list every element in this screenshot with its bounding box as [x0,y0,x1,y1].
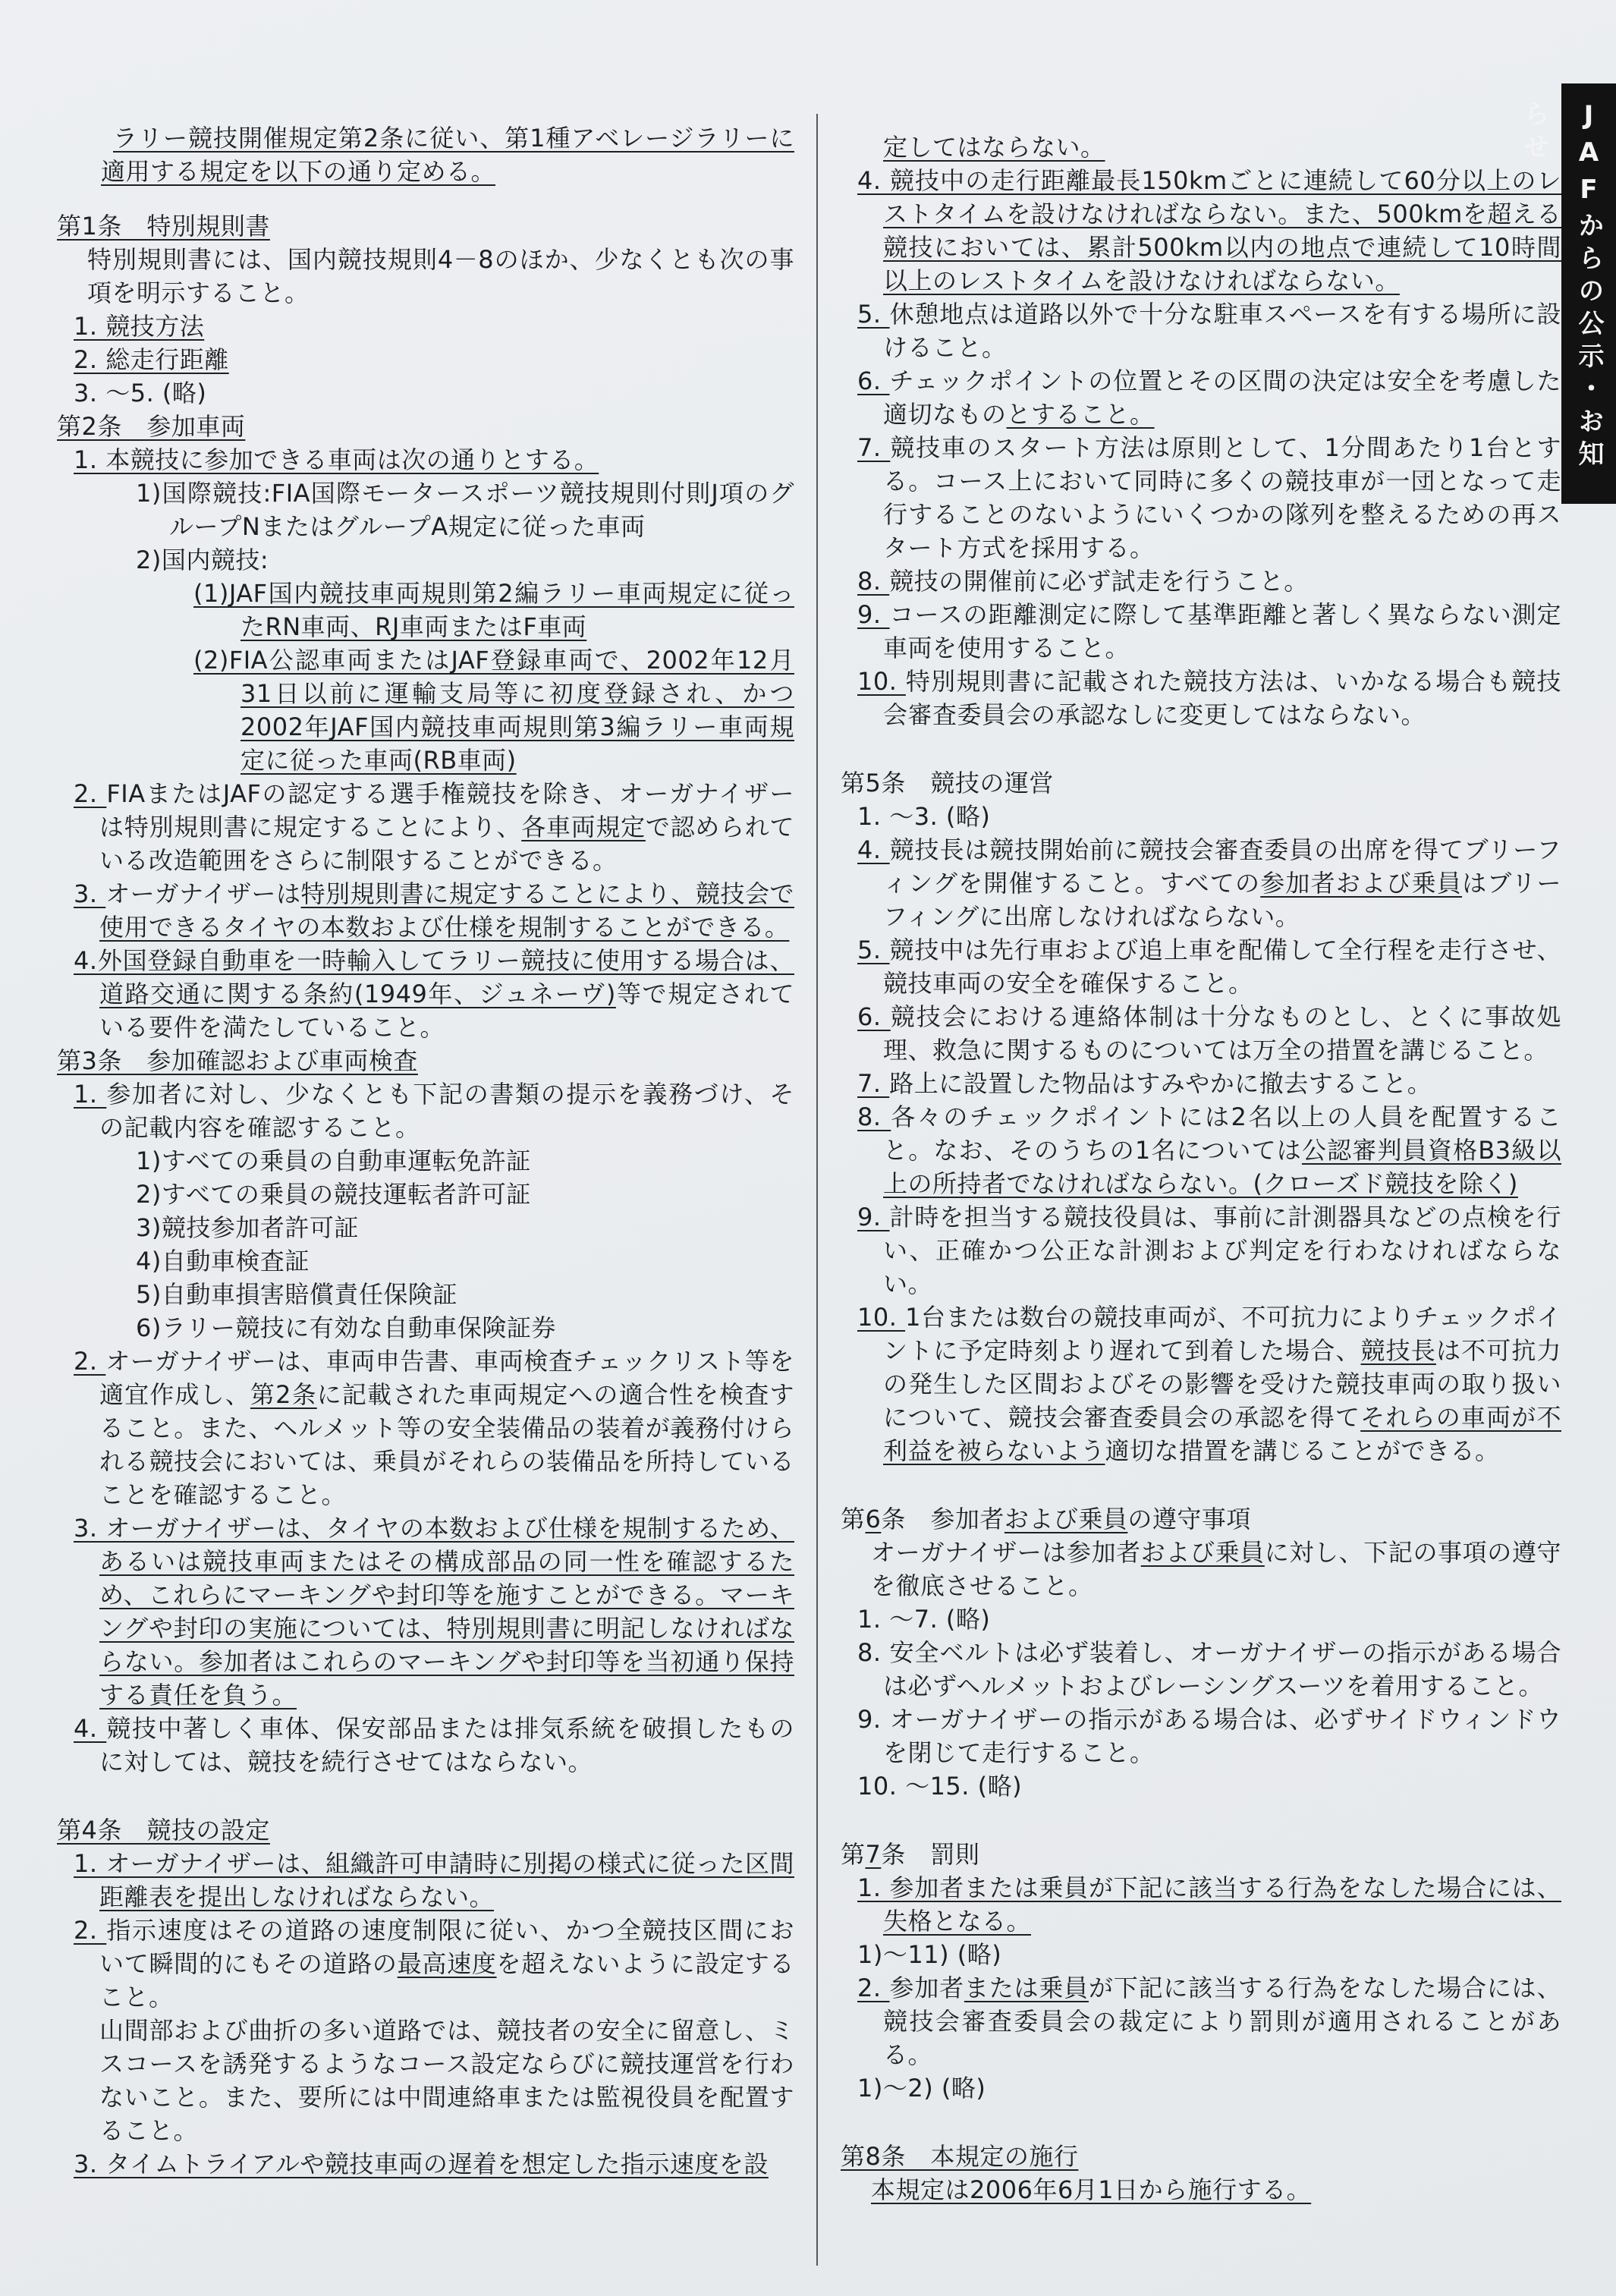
underlined-text: 3. タイムトライアルや競技車両の遅着を想定した指示速度を設 [74,2150,769,2178]
list-item: 1)～2) (略) [883,2071,1561,2105]
article-7-heading: 第7条 罰則 [841,1838,1561,1871]
list-item: 6)ラリー競技に有効な自動車保険証券 [169,1311,794,1345]
text-segment: 1. ～7. (略) [857,1605,990,1634]
underlined-text: 第8条 本規定の施行 [841,2142,1078,2171]
list-item: 1. 参加者または乗員が下記に該当する行為をなした場合には、失格となる。 [883,1871,1561,1938]
underlined-text: 4. [857,835,890,864]
underlined-text: 9. [857,1203,890,1231]
list-item: 5. 競技中は先行車および追上車を配備して全行程を走行させ、競技車両の安全を確保… [883,933,1561,1000]
list-item: 3. オーガナイザーは特別規則書に規定することにより、競技会で使用できるタイヤの… [99,877,794,944]
list-item: 3)競技参加者許可証 [169,1211,794,1244]
text-segment: の遵守事項 [1127,1505,1251,1533]
underlined-text: 本規定は2006年6月1日から施行する。 [871,2175,1311,2204]
article-3-heading: 第3条 参加確認および車両検査 [57,1044,794,1077]
underlined-text: 6. [857,1002,891,1031]
text-segment: 1)国際競技:FIA国際モータースポーツ競技規則付則J項のグループNまたはグルー… [136,479,794,541]
text-segment: 6)ラリー競技に有効な自動車保険証券 [136,1313,556,1342]
text-segment: オーガナイザーは [105,879,300,908]
text-segment: 2)すべての乗員の競技運転者許可証 [136,1180,531,1209]
text-segment: 5)自動車損害賠償責任保険証 [136,1280,457,1309]
list-item: 2. 参加者または乗員が下記に該当する行為をなした場合には、競技会審査委員会の裁… [883,1971,1561,2071]
article-4-heading: 第4条 競技の設定 [57,1813,794,1847]
list-item: 2. FIAまたはJAFの認定する選手権競技を除き、オーガナイザーは特別規則書に… [99,777,794,877]
underlined-text: とすること。 [1007,400,1155,429]
paragraph: 山間部および曲折の多い道路では、競技者の安全に留意し、ミスコースを誘発するような… [99,2014,794,2147]
underlined-text: ラリー競技開催規定第2条に従い、第1種アベレージラリーに適用する規定を以下の通り… [101,124,794,186]
text-segment: 8. 安全ベルトは必ず装着し、オーガナイザーの指示がある場合は必ずヘルメットおよ… [857,1638,1561,1700]
underlined-text: 第3条 参加確認および車両検査 [57,1046,418,1075]
right-column: 定してはならない。4. 競技中の走行距離最長150kmごとに連続して60分以上の… [841,131,1561,2206]
list-item: 10. 特別規則書に記載された競技方法は、いかなる場合も競技会審査委員会の承認な… [883,665,1561,731]
underlined-text: 2. 総走行距離 [74,345,229,374]
text-segment: 1)～11) (略) [857,1940,1001,1969]
text-segment: 条 参加者 [881,1505,1004,1533]
spacer [841,731,1561,766]
underlined-text: 7 [866,1840,882,1869]
paragraph: 特別規則書には、国内競技規則4－8のほか、少なくとも次の事項を明示すること。 [87,243,794,310]
list-item: 1)すべての乗員の自動車運転免許証 [169,1144,794,1178]
underlined-text: 定してはならない。 [883,133,1105,162]
list-item: 7. 路上に設置した物品はすみやかに撤去すること。 [883,1067,1561,1100]
list-item: 10. ～15. (略) [883,1769,1561,1803]
text-segment: 適切な措置を講じることができる。 [1105,1436,1500,1465]
section-banner: JAFからの公示・お知らせ [1561,83,1616,504]
underlined-text: 2. [74,1347,105,1376]
list-item: 3. ～5. (略) [99,376,794,410]
list-item: 1. 本競技に参加できる車両は次の通りとする。 [99,443,794,476]
underlined-text: および乗員 [1141,1538,1265,1567]
underlined-text: 第2条 [250,1380,317,1409]
list-item: 10. 1台または数台の競技車両が、不可抗力によりチェックポイントに予定時刻より… [883,1301,1561,1467]
text-segment: 山間部および曲折の多い道路では、競技者の安全に留意し、ミスコースを誘発するような… [99,2016,794,2145]
underlined-text: 最高速度 [398,1949,497,1978]
spacer [57,1779,794,1813]
text-segment: 第 [841,1840,866,1869]
list-item: (2)FIA公認車両またはJAF登録車両で、2002年12月31日以前に運輸支局… [241,643,794,777]
text-segment: 休憩地点は道路以外で十分な駐車スペースを有する場所に設けること。 [883,300,1561,362]
underlined-text: 第1条 特別規則書 [57,212,270,241]
text-segment: 4)自動車検査証 [136,1247,310,1275]
list-item: 2. 指示速度はその道路の速度制限に従い、かつ全競技区間において瞬間的にもその道… [99,1914,794,2014]
list-item: 6. チェックポイントの位置とその区間の決定は安全を考慮した適切なものとすること… [883,364,1561,431]
text-segment: 第5条 競技の運営 [841,769,1054,797]
underlined-text: 1. オーガナイザーは、組織許可申請時に別掲の様式に従った区間距離表を提出しなけ… [74,1849,794,1911]
text-segment: 参加者 [890,1974,964,2002]
underlined-text: 1. [74,1080,106,1109]
underlined-text: 10. [857,667,906,696]
document-page: JAFからの公示・お知らせ ラリー競技開催規定第2条に従い、第1種アベレージラリ… [0,0,1616,2296]
paragraph: 本規定は2006年6月1日から施行する。 [871,2173,1561,2206]
text-segment: 競技の開催前に必ず試走を行うこと。 [889,567,1309,596]
spacer [841,1467,1561,1502]
list-item: 1)～11) (略) [883,1938,1561,1971]
underlined-text: 参加者および乗員 [1260,869,1462,898]
list-item: 1. 競技方法 [99,310,794,343]
text-segment: 第 [841,1505,866,1533]
list-item: 1)国際競技:FIA国際モータースポーツ競技規則付則J項のグループNまたはグルー… [169,476,794,543]
underlined-text: (1)JAF国内競技車両規則第2編ラリー車両規定に従ったRN車両、RJ車両または… [193,579,794,641]
text-segment: 10. ～15. (略) [857,1772,1022,1801]
article-2-heading: 第2条 参加車両 [57,410,794,443]
text-segment: 参加者に対し、少なくとも下記の書類の提示を義務づけ、その記載内容を確認すること。 [99,1080,794,1142]
underlined-text: 2. [74,779,106,808]
text-segment: 計時を担当する競技役員は、事前に計測器具などの点検を行い、正確かつ公正な計測およ… [883,1203,1561,1298]
underlined-text: または乗員 [964,1974,1089,2002]
text-segment: 1. ～3. (略) [857,802,990,831]
left-column: ラリー競技開催規定第2条に従い、第1種アベレージラリーに適用する規定を以下の通り… [57,121,794,2181]
list-item: 9. コースの距離測定に際して基準距離と著しく異ならない測定車両を使用すること。 [883,598,1561,665]
underlined-text: 10. [857,1303,905,1332]
list-item: (1)JAF国内競技車両規則第2編ラリー車両規定に従ったRN車両、RJ車両または… [241,577,794,643]
text-segment: コースの距離測定に際して基準距離と著しく異ならない測定車両を使用すること。 [883,600,1561,662]
text-segment: 特別規則書に記載された競技方法は、いかなる場合も競技会審査委員会の承認なしに変更… [883,667,1561,729]
list-item: 9. オーガナイザーの指示がある場合は、必ずサイドウィンドウを閉じて走行すること… [883,1703,1561,1769]
underlined-text: 6 [866,1505,882,1533]
text-segment: 競技中著しく車体、保安部品または排気系統を破損したものに対しては、競技を続行させ… [99,1714,794,1776]
underlined-text: 5. [857,300,890,329]
article-1-heading: 第1条 特別規則書 [57,209,794,243]
list-item: 1. ～7. (略) [883,1602,1561,1636]
list-item: 1. 参加者に対し、少なくとも下記の書類の提示を義務づけ、その記載内容を確認する… [99,1077,794,1144]
text-segment: 3. ～5. (略) [74,379,206,407]
underlined-text: 3. [74,879,105,908]
list-item: 4.外国登録自動車を一時輸入してラリー競技に使用する場合は、道路交通に関する条約… [99,944,794,1044]
spacer [57,188,794,209]
underlined-text: (2)FIA公認車両またはJAF登録車両で、2002年12月31日以前に運輸支局… [193,646,794,775]
list-item: 2)国内競技: [169,543,794,577]
list-item: 4. 競技中著しく車体、保安部品または排気系統を破損したものに対しては、競技を続… [99,1712,794,1779]
text-segment: 1)すべての乗員の自動車運転免許証 [136,1146,531,1175]
underlined-text: 4. 競技中の走行距離最長150kmごとに連続して60分以上のレストタイムを設け… [857,166,1561,295]
underlined-text: 5. [857,936,890,964]
underlined-text: 2. [74,1916,106,1945]
underlined-text: 1. 本競技に参加できる車両は次の通りとする。 [74,445,599,474]
list-item: 9. 計時を担当する競技役員は、事前に計測器具などの点検を行い、正確かつ公正な計… [883,1200,1561,1301]
underlined-text: 各車両規定 [521,813,646,841]
list-item: 1. オーガナイザーは、組織許可申請時に別掲の様式に従った区間距離表を提出しなけ… [99,1847,794,1914]
text-segment: 競技中は先行車および追上車を配備して全行程を走行させ、競技車両の安全を確保するこ… [883,936,1561,998]
text-segment: 3)競技参加者許可証 [136,1213,359,1242]
list-item: 4. 競技長は競技開始前に競技会審査委員の出席を得てブリーフィングを開催すること… [883,833,1561,933]
text-segment: 競技会における連絡体制は十分なものとし、とくに事故処理、救急に関するものについて… [883,1002,1561,1065]
article-8-heading: 第8条 本規定の施行 [841,2140,1561,2173]
text-segment: 特別規則書には、国内競技規則4－8のほか、少なくとも次の事項を明示すること。 [87,245,794,307]
text-segment: チェックポイントの位置とその区間の決定は安全を考慮した適切なもの [883,366,1561,429]
paragraph: オーガナイザーは参加者および乗員に対し、下記の事項の遵守を徹底させること。 [871,1536,1561,1602]
underlined-text: 8. [857,1102,891,1131]
list-item: 8. 安全ベルトは必ず装着し、オーガナイザーの指示がある場合は必ずヘルメットおよ… [883,1636,1561,1703]
underlined-text: 競技長 [1361,1336,1436,1365]
text-segment: 競技車のスタート方法は原則として、1分間あたり1台とする。コース上において同時に… [883,433,1561,562]
preamble: ラリー競技開催規定第2条に従い、第1種アベレージラリーに適用する規定を以下の通り… [101,121,794,188]
text-segment: 2)国内競技: [136,546,269,574]
text-segment: 条 罰則 [881,1840,979,1869]
underlined-text: 第2条 参加車両 [57,412,245,441]
underlined-text: 1. 競技方法 [74,312,204,341]
list-item: 2. オーガナイザーは、車両申告書、車両検査チェックリスト等を適宜作成し、第2条… [99,1345,794,1511]
text-segment: 路上に設置した物品はすみやかに撤去すること。 [889,1069,1432,1098]
list-item: 7. 競技車のスタート方法は原則として、1分間あたり1台とする。コース上において… [883,431,1561,565]
list-item: 6. 競技会における連絡体制は十分なものとし、とくに事故処理、救急に関するものに… [883,1000,1561,1067]
underlined-text: 9. [857,600,890,629]
list-item: 3. オーガナイザーは、タイヤの本数および仕様を規制するため、あるいは競技車両ま… [99,1511,794,1712]
text-segment: 9. オーガナイザーの指示がある場合は、必ずサイドウィンドウを閉じて走行すること… [857,1705,1561,1767]
underlined-text: 2. [857,1974,890,2002]
underlined-text: 8. [857,567,889,596]
spacer [841,2105,1561,2140]
list-item: 4)自動車検査証 [169,1244,794,1278]
list-item: 3. タイムトライアルや競技車両の遅着を想定した指示速度を設 [99,2147,794,2181]
underlined-text: 6. [857,366,890,395]
paragraph: 定してはならない。 [883,131,1561,164]
list-item: 4. 競技中の走行距離最長150kmごとに連続して60分以上のレストタイムを設け… [883,164,1561,297]
list-item: 1. ～3. (略) [883,800,1561,833]
underlined-text: 3. オーガナイザーは、タイヤの本数および仕様を規制するため、あるいは競技車両ま… [74,1514,794,1709]
list-item: 5)自動車損害賠償責任保険証 [169,1278,794,1311]
list-item: 5. 休憩地点は道路以外で十分な駐車スペースを有する場所に設けること。 [883,297,1561,364]
list-item: 8. 各々のチェックポイントには2名以上の人員を配置すること。なお、そのうちの1… [883,1100,1561,1200]
list-item: 2)すべての乗員の競技運転者許可証 [169,1178,794,1211]
article-6-heading: 第6条 参加者および乗員の遵守事項 [841,1502,1561,1536]
underlined-text: 4. [74,1714,106,1743]
underlined-text: 7. [857,1069,889,1098]
underlined-text: 第4条 競技の設定 [57,1816,270,1845]
text-segment: オーガナイザーは参加者 [871,1538,1141,1567]
spacer [841,1803,1561,1838]
underlined-text: 7. [857,433,890,462]
text-segment: 1)～2) (略) [857,2074,986,2103]
column-divider [816,114,818,2266]
list-item: 8. 競技の開催前に必ず試走を行うこと。 [883,565,1561,598]
article-5-heading: 第5条 競技の運営 [841,766,1561,800]
list-item: 2. 総走行距離 [99,343,794,376]
underlined-text: 1. 参加者または乗員が下記に該当する行為をなした場合には、失格となる。 [857,1873,1561,1936]
underlined-text: および乗員 [1004,1505,1128,1533]
